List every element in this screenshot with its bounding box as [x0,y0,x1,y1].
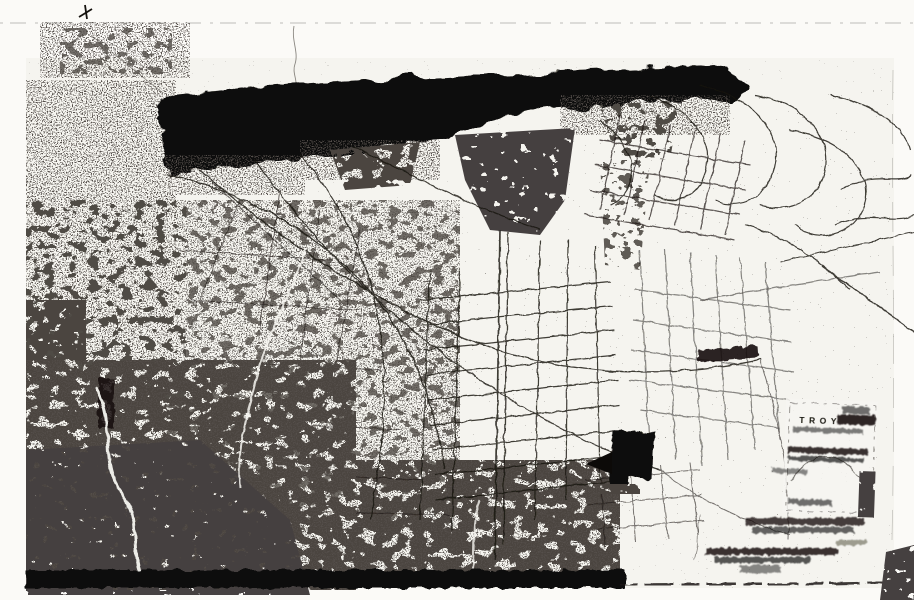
legend-box: TROY [770,398,878,518]
map-scan-canvas: TROY [0,0,914,600]
dark-mottle-lower-left [26,360,356,595]
scanned-map-page: TROY [0,0,914,600]
legend-title: TROY [799,415,841,426]
